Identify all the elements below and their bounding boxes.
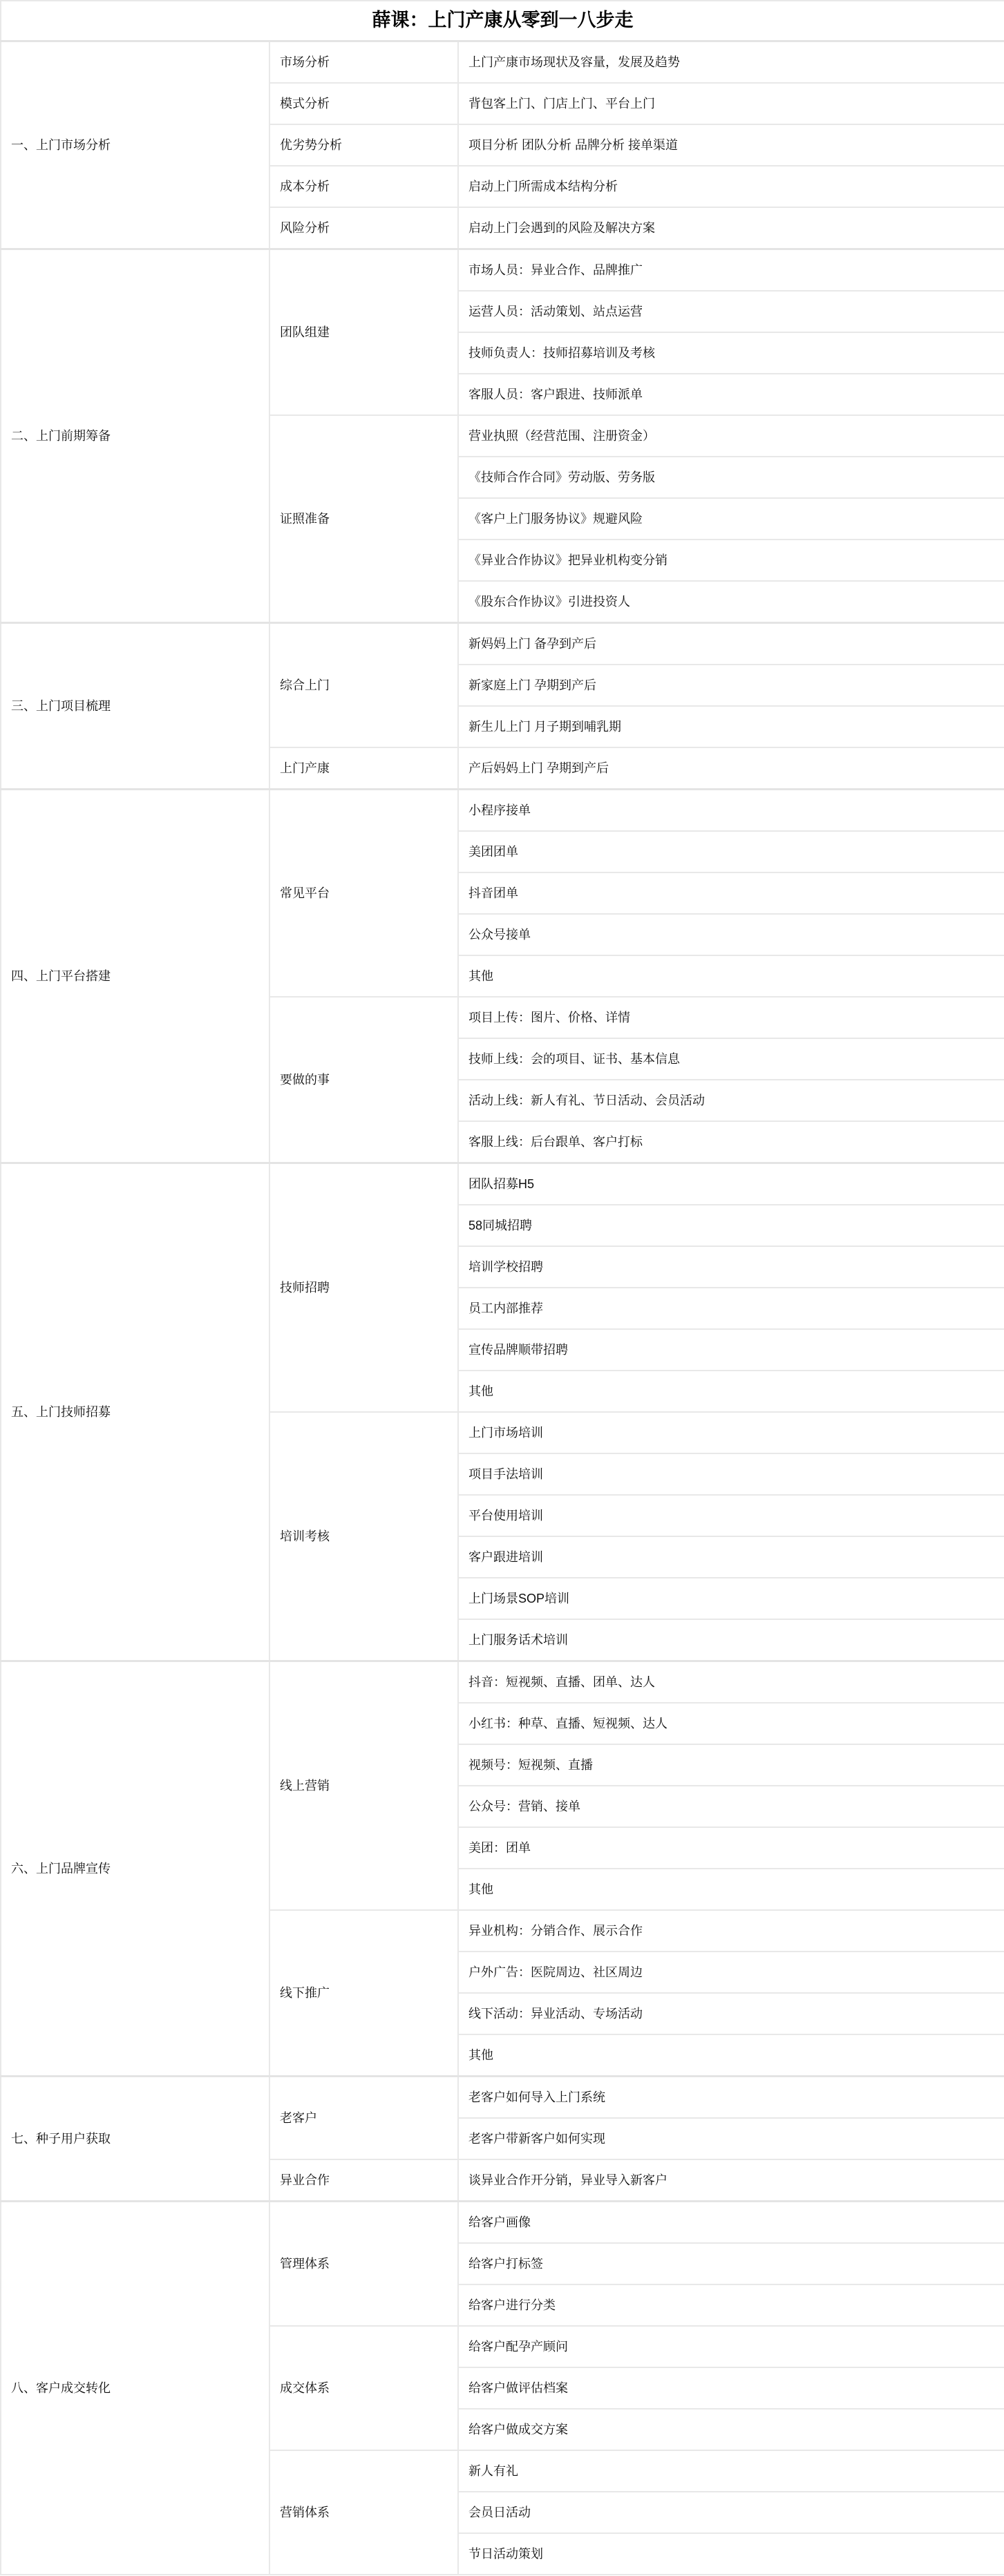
- item-cell: 视频号：短视频、直播: [458, 1744, 1004, 1786]
- item-cell: 小程序接单: [458, 790, 1004, 832]
- item-cell: 《异业合作协议》把异业机构变分销: [458, 540, 1004, 581]
- table-row: 三、上门项目梳理综合上门新妈妈上门 备孕到产后: [1, 623, 1004, 665]
- section-cell: 五、上门技师招募: [1, 1163, 269, 1661]
- course-outline-table: 薛课：上门产康从零到一八步走 一、上门市场分析市场分析上门产康市场现状及容量，发…: [0, 0, 1004, 2575]
- group-cell: 老客户: [269, 2077, 458, 2160]
- item-cell: 其他: [458, 955, 1004, 997]
- item-cell: 启动上门所需成本结构分析: [458, 166, 1004, 207]
- item-cell: 技师负责人：技师招募培训及考核: [458, 332, 1004, 374]
- item-cell: 项目分析 团队分析 品牌分析 接单渠道: [458, 124, 1004, 166]
- group-cell: 线下推广: [269, 1910, 458, 2077]
- item-cell: 《客户上门服务协议》规避风险: [458, 498, 1004, 540]
- item-cell: 小红书：种草、直播、短视频、达人: [458, 1703, 1004, 1744]
- table-row: 八、客户成交转化管理体系给客户画像: [1, 2202, 1004, 2244]
- table-row: 二、上门前期筹备团队组建市场人员：异业合作、品牌推广: [1, 249, 1004, 292]
- item-cell: 《股东合作协议》引进投资人: [458, 581, 1004, 623]
- group-cell: 线上营销: [269, 1661, 458, 1911]
- group-cell: 模式分析: [269, 83, 458, 124]
- group-cell: 证照准备: [269, 415, 458, 623]
- item-cell: 线下活动：异业活动、专场活动: [458, 1993, 1004, 2034]
- table-row: 五、上门技师招募技师招聘团队招募H5: [1, 1163, 1004, 1205]
- section-cell: 三、上门项目梳理: [1, 623, 269, 790]
- table-row: 六、上门品牌宣传线上营销抖音：短视频、直播、团单、达人: [1, 1661, 1004, 1704]
- item-cell: 平台使用培训: [458, 1495, 1004, 1536]
- group-cell: 常见平台: [269, 790, 458, 998]
- item-cell: 老客户如何导入上门系统: [458, 2077, 1004, 2119]
- item-cell: 给客户进行分类: [458, 2284, 1004, 2326]
- section-cell: 四、上门平台搭建: [1, 790, 269, 1163]
- page-title: 薛课：上门产康从零到一八步走: [1, 1, 1004, 41]
- group-cell: 培训考核: [269, 1412, 458, 1661]
- table-row: 七、种子用户获取老客户老客户如何导入上门系统: [1, 2077, 1004, 2119]
- item-cell: 上门服务话术培训: [458, 1619, 1004, 1661]
- item-cell: 上门市场培训: [458, 1412, 1004, 1453]
- item-cell: 新妈妈上门 备孕到产后: [458, 623, 1004, 665]
- item-cell: 项目上传：图片、价格、详情: [458, 997, 1004, 1038]
- group-cell: 团队组建: [269, 249, 458, 416]
- course-outline-page: 薛课：上门产康从零到一八步走 一、上门市场分析市场分析上门产康市场现状及容量，发…: [0, 0, 1004, 2575]
- item-cell: 抖音团单: [458, 872, 1004, 914]
- group-cell: 营销体系: [269, 2450, 458, 2575]
- section-cell: 一、上门市场分析: [1, 41, 269, 249]
- item-cell: 异业机构：分销合作、展示合作: [458, 1910, 1004, 1952]
- group-cell: 风险分析: [269, 207, 458, 249]
- item-cell: 新人有礼: [458, 2450, 1004, 2492]
- item-cell: 给客户做评估档案: [458, 2367, 1004, 2409]
- item-cell: 团队招募H5: [458, 1163, 1004, 1205]
- item-cell: 给客户配孕产顾问: [458, 2326, 1004, 2367]
- item-cell: 新家庭上门 孕期到产后: [458, 665, 1004, 706]
- item-cell: 户外广告：医院周边、社区周边: [458, 1952, 1004, 1993]
- course-table-body: 薛课：上门产康从零到一八步走 一、上门市场分析市场分析上门产康市场现状及容量，发…: [1, 1, 1004, 2575]
- item-cell: 宣传品牌顺带招聘: [458, 1329, 1004, 1371]
- title-row: 薛课：上门产康从零到一八步走: [1, 1, 1004, 41]
- item-cell: 上门产康市场现状及容量，发展及趋势: [458, 41, 1004, 84]
- item-cell: 给客户打标签: [458, 2243, 1004, 2284]
- table-row: 四、上门平台搭建常见平台小程序接单: [1, 790, 1004, 832]
- item-cell: 58同城招聘: [458, 1205, 1004, 1246]
- item-cell: 美团：团单: [458, 1827, 1004, 1869]
- item-cell: 新生儿上门 月子期到哺乳期: [458, 706, 1004, 747]
- item-cell: 活动上线：新人有礼、节日活动、会员活动: [458, 1080, 1004, 1121]
- item-cell: 抖音：短视频、直播、团单、达人: [458, 1661, 1004, 1704]
- item-cell: 其他: [458, 2034, 1004, 2077]
- item-cell: 客服上线：后台跟单、客户打标: [458, 1121, 1004, 1163]
- item-cell: 给客户做成交方案: [458, 2409, 1004, 2450]
- item-cell: 培训学校招聘: [458, 1246, 1004, 1288]
- item-cell: 给客户画像: [458, 2202, 1004, 2244]
- item-cell: 其他: [458, 1869, 1004, 1910]
- item-cell: 客户跟进培训: [458, 1536, 1004, 1578]
- item-cell: 老客户带新客户如何实现: [458, 2118, 1004, 2159]
- group-cell: 综合上门: [269, 623, 458, 748]
- group-cell: 成本分析: [269, 166, 458, 207]
- group-cell: 优劣势分析: [269, 124, 458, 166]
- table-row: 一、上门市场分析市场分析上门产康市场现状及容量，发展及趋势: [1, 41, 1004, 84]
- item-cell: 其他: [458, 1371, 1004, 1412]
- item-cell: 公众号接单: [458, 914, 1004, 955]
- item-cell: 上门场景SOP培训: [458, 1578, 1004, 1619]
- group-cell: 异业合作: [269, 2159, 458, 2202]
- section-cell: 八、客户成交转化: [1, 2202, 269, 2575]
- item-cell: 《技师合作合同》劳动版、劳务版: [458, 457, 1004, 498]
- group-cell: 上门产康: [269, 747, 458, 790]
- item-cell: 员工内部推荐: [458, 1288, 1004, 1329]
- group-cell: 要做的事: [269, 997, 458, 1163]
- item-cell: 节日活动策划: [458, 2533, 1004, 2575]
- section-cell: 二、上门前期筹备: [1, 249, 269, 623]
- group-cell: 技师招聘: [269, 1163, 458, 1413]
- item-cell: 公众号：营销、接单: [458, 1786, 1004, 1827]
- item-cell: 产后妈妈上门 孕期到产后: [458, 747, 1004, 790]
- item-cell: 营业执照（经营范围、注册资金）: [458, 415, 1004, 457]
- item-cell: 项目手法培训: [458, 1453, 1004, 1495]
- item-cell: 背包客上门、门店上门、平台上门: [458, 83, 1004, 124]
- item-cell: 谈异业合作开分销，异业导入新客户: [458, 2159, 1004, 2202]
- item-cell: 会员日活动: [458, 2492, 1004, 2533]
- section-cell: 七、种子用户获取: [1, 2077, 269, 2202]
- item-cell: 技师上线：会的项目、证书、基本信息: [458, 1038, 1004, 1080]
- group-cell: 市场分析: [269, 41, 458, 84]
- item-cell: 启动上门会遇到的风险及解决方案: [458, 207, 1004, 249]
- item-cell: 市场人员：异业合作、品牌推广: [458, 249, 1004, 292]
- group-cell: 管理体系: [269, 2202, 458, 2327]
- section-cell: 六、上门品牌宣传: [1, 1661, 269, 2077]
- item-cell: 美团团单: [458, 831, 1004, 872]
- item-cell: 运营人员：活动策划、站点运营: [458, 291, 1004, 332]
- item-cell: 客服人员：客户跟进、技师派单: [458, 374, 1004, 415]
- group-cell: 成交体系: [269, 2326, 458, 2450]
